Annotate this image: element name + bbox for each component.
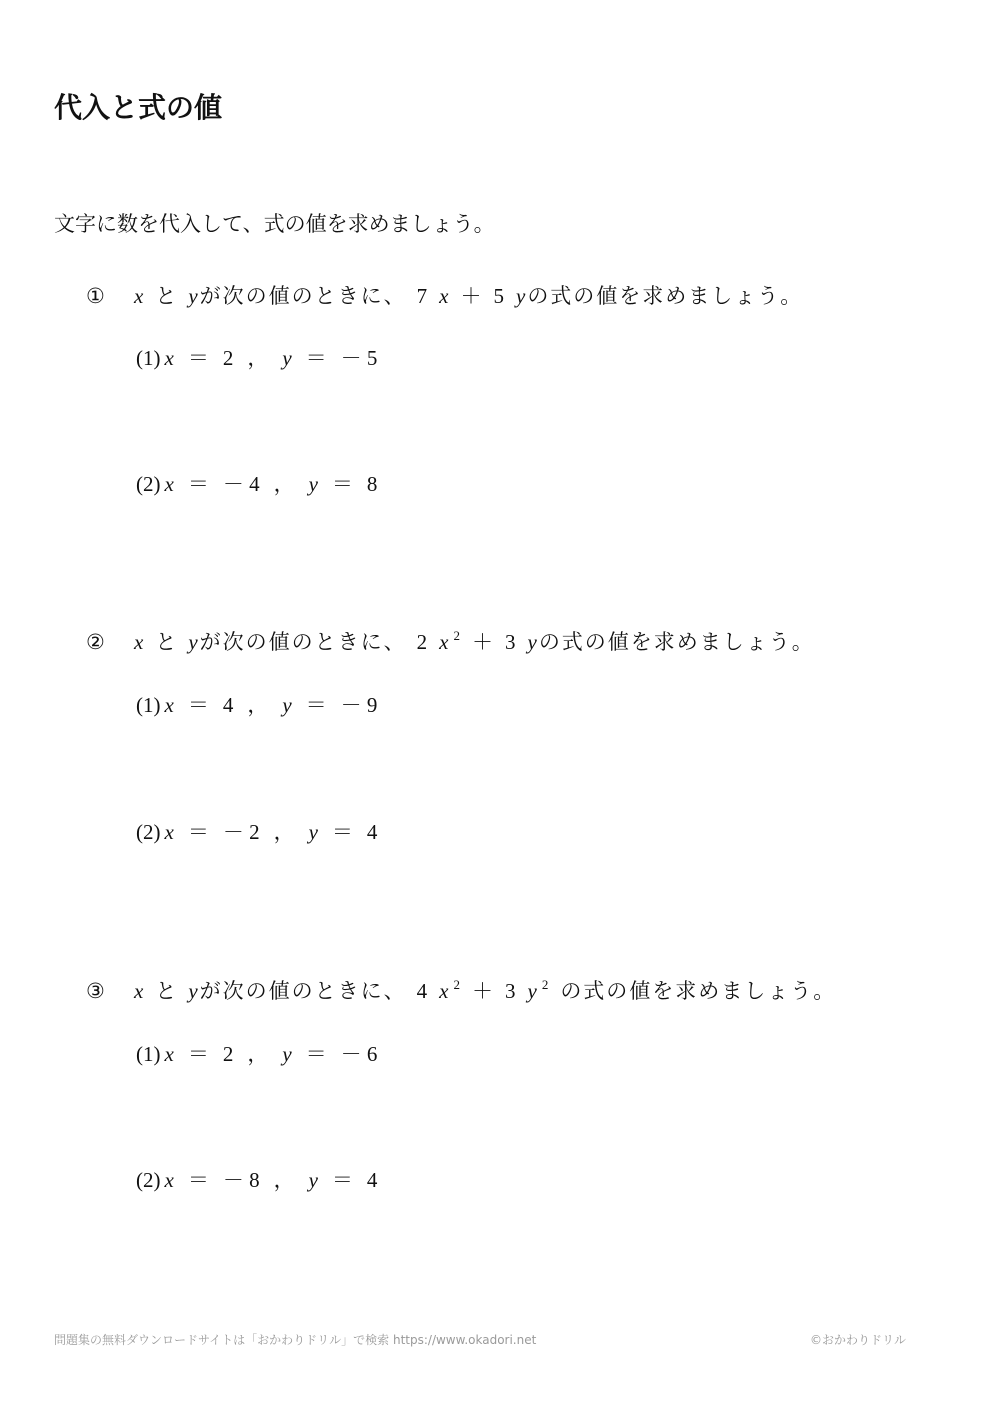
subquestion-1-2: (2)x＝－ 4，y＝8	[136, 468, 377, 498]
sub-label: (1)	[136, 1042, 161, 1066]
question-lead: が次の値のときに、	[200, 284, 407, 308]
var-x: x	[134, 630, 145, 654]
equals: ＝	[188, 693, 209, 717]
equals: ＝	[188, 1168, 209, 1192]
sub-label: (1)	[136, 346, 161, 370]
question-tail: の式の値を求めましょう。	[560, 979, 836, 1003]
conjunction: と	[155, 284, 178, 308]
subquestion-2-2: (2)x＝－ 2，y＝4	[136, 816, 377, 846]
x-value: 4	[223, 693, 234, 717]
equals: ＝	[188, 346, 209, 370]
equals: ＝	[332, 472, 353, 496]
sub-label: (2)	[136, 472, 161, 496]
comma: ，	[247, 346, 268, 370]
x-label: x	[165, 693, 174, 717]
y-label: y	[309, 472, 318, 496]
expr-var-1: x	[439, 284, 450, 308]
x-value: － 8	[223, 1168, 260, 1192]
x-value: 2	[223, 1042, 234, 1066]
equals: ＝	[188, 1042, 209, 1066]
y-value: － 9	[341, 693, 378, 717]
subquestion-1-1: (1)x＝2，y＝－ 5	[136, 342, 377, 372]
subquestion-3-1: (1)x＝2，y＝－ 6	[136, 1038, 377, 1068]
conjunction: と	[155, 630, 178, 654]
sub-label: (2)	[136, 1168, 161, 1192]
coef-2: 3	[505, 630, 518, 654]
footer-copyright: ©おかわりドリル	[810, 1331, 906, 1348]
y-label: y	[309, 1168, 318, 1192]
question-2: ②xとyが次の値のときに、2x2＋3yの式の値を求めましょう。	[86, 626, 815, 656]
question-number: ①	[86, 284, 134, 309]
x-label: x	[165, 1168, 174, 1192]
var-x: x	[134, 979, 145, 1003]
expr-var-2: y	[516, 284, 527, 308]
coef-1: 4	[417, 979, 430, 1003]
x-value: － 2	[223, 820, 260, 844]
equals: ＝	[188, 820, 209, 844]
y-label: y	[282, 693, 291, 717]
equals: ＝	[332, 1168, 353, 1192]
question-lead: が次の値のときに、	[200, 630, 407, 654]
coef-1: 2	[417, 630, 430, 654]
operator: ＋	[472, 630, 495, 654]
page-title: 代入と式の値	[54, 86, 222, 126]
expr-var-2: y	[527, 630, 538, 654]
comma: ，	[247, 693, 268, 717]
footer-site-notice: 問題集の無料ダウンロードサイトは「おかわりドリル」で検索 https://www…	[54, 1331, 536, 1348]
expr-var-1: x	[439, 630, 450, 654]
comma: ，	[274, 472, 295, 496]
operator: ＋	[460, 284, 483, 308]
sub-label: (1)	[136, 693, 161, 717]
conjunction: と	[155, 979, 178, 1003]
y-value: － 6	[341, 1042, 378, 1066]
y-value: 8	[367, 472, 378, 496]
equals: ＝	[306, 346, 327, 370]
x-value: 2	[223, 346, 234, 370]
coef-2: 5	[493, 284, 506, 308]
y-label: y	[282, 346, 291, 370]
y-value: 4	[367, 1168, 378, 1192]
y-label: y	[309, 820, 318, 844]
equals: ＝	[332, 820, 353, 844]
subquestion-3-2: (2)x＝－ 8，y＝4	[136, 1164, 377, 1194]
x-value: － 4	[223, 472, 260, 496]
x-label: x	[165, 820, 174, 844]
x-label: x	[165, 346, 174, 370]
question-1: ①xとyが次の値のときに、7x＋5yの式の値を求めましょう。	[86, 280, 803, 310]
question-lead: が次の値のときに、	[200, 979, 407, 1003]
x-label: x	[165, 1042, 174, 1066]
equals: ＝	[188, 472, 209, 496]
coef-2: 3	[505, 979, 518, 1003]
coef-1: 7	[417, 284, 430, 308]
exponent-2: 2	[542, 977, 551, 992]
subquestion-2-1: (1)x＝4，y＝－ 9	[136, 689, 377, 719]
var-y: y	[188, 630, 199, 654]
x-label: x	[165, 472, 174, 496]
sub-label: (2)	[136, 820, 161, 844]
exponent-1: 2	[453, 628, 462, 643]
var-y: y	[188, 284, 199, 308]
y-value: － 5	[341, 346, 378, 370]
question-number: ②	[86, 630, 134, 655]
operator: ＋	[472, 979, 495, 1003]
instruction-text: 文字に数を代入して、式の値を求めましょう。	[54, 208, 495, 238]
question-number: ③	[86, 979, 134, 1004]
comma: ，	[274, 820, 295, 844]
question-tail: の式の値を求めましょう。	[539, 630, 815, 654]
var-x: x	[134, 284, 145, 308]
expr-var-1: x	[439, 979, 450, 1003]
y-label: y	[282, 1042, 291, 1066]
var-y: y	[188, 979, 199, 1003]
y-value: 4	[367, 820, 378, 844]
question-tail: の式の値を求めましょう。	[527, 284, 803, 308]
exponent-1: 2	[453, 977, 462, 992]
equals: ＝	[306, 1042, 327, 1066]
expr-var-2: y	[527, 979, 538, 1003]
comma: ，	[274, 1168, 295, 1192]
comma: ，	[247, 1042, 268, 1066]
equals: ＝	[306, 693, 327, 717]
question-3: ③xとyが次の値のときに、4x2＋3y2の式の値を求めましょう。	[86, 975, 836, 1005]
